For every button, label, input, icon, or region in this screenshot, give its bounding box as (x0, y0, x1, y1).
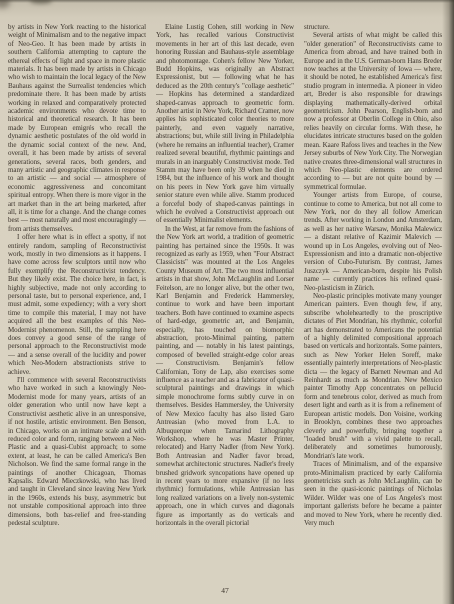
page-edge-shadow (442, 0, 454, 604)
paragraph: I offer here what is in effect a spotty,… (8, 233, 146, 376)
paragraph: Elaine Lustig Cohen, still working in Ne… (156, 23, 294, 225)
scanned-page: by artists in New York reacting to the h… (0, 0, 454, 604)
paragraph: Several artists of what might be called … (304, 31, 442, 191)
text-column-left: by artists in New York reacting to the h… (8, 23, 146, 583)
scan-corner-shadow (0, 0, 10, 8)
paragraph: by artists in New York reacting to the h… (8, 23, 146, 233)
scan-smudge (30, 0, 52, 4)
text-column-middle: Elaine Lustig Cohen, still working in Ne… (156, 23, 294, 583)
paragraph: In the West, at far remove from the fash… (156, 225, 294, 528)
page-number: 47 (8, 586, 442, 595)
paragraph: Traces of Minimalism, and of the expansi… (304, 460, 442, 527)
paragraph: I'll commence with several Reconstructiv… (8, 376, 146, 527)
paragraph: Younger artists from Europe, of course, … (304, 191, 442, 292)
paragraph: Neo-plastic principles motivate many you… (304, 292, 442, 460)
paragraph: structure. (304, 23, 442, 31)
text-columns: by artists in New York reacting to the h… (8, 23, 442, 583)
text-column-right: structure.Several artists of what might … (304, 23, 442, 583)
scan-top-edge-shadow (0, 0, 454, 3)
